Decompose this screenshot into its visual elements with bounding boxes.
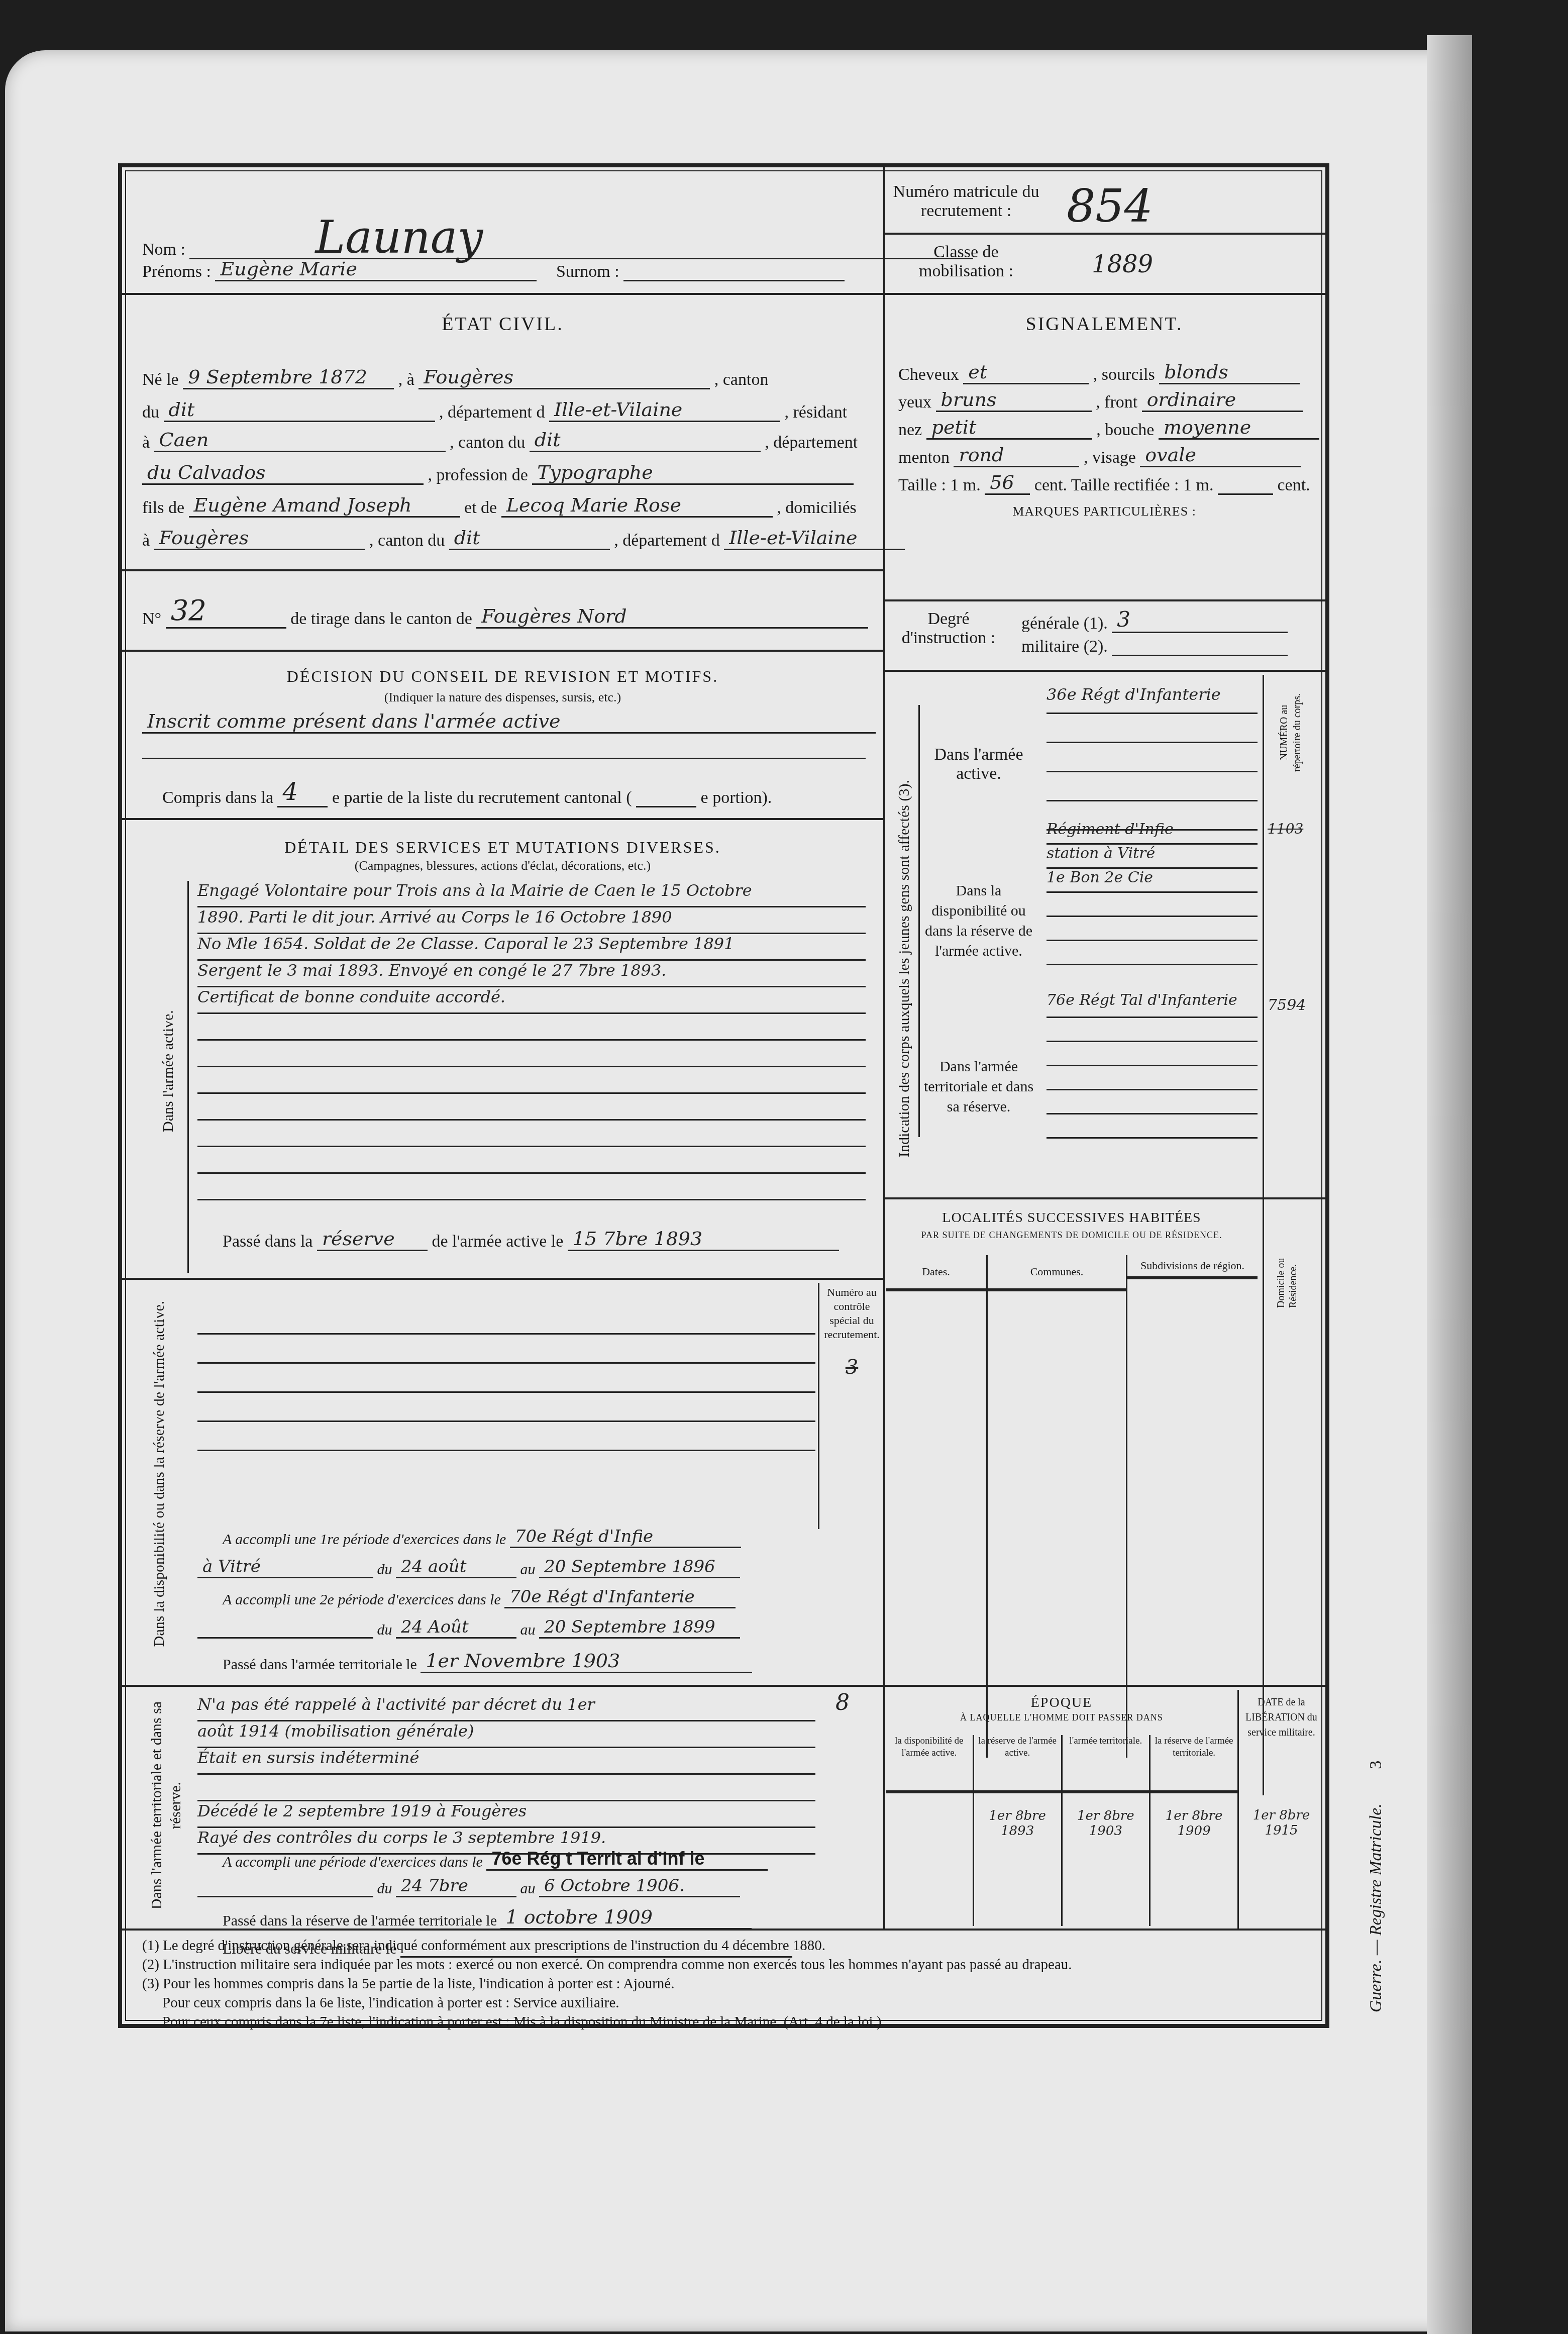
localites-col-domicile: Domicile ou Résidence. — [1275, 1228, 1299, 1308]
passe-reserve-date-field[interactable]: 15 7bre 1893 — [568, 1228, 839, 1251]
tirage-canton-field[interactable]: Fougères Nord — [476, 605, 868, 629]
menton-field[interactable]: rond — [954, 444, 1079, 467]
domicile-field[interactable]: Fougères — [154, 527, 365, 550]
corps-disponibilite-field[interactable]: station à Vitré — [1047, 845, 1258, 869]
corps-disponibilite-field[interactable]: Régiment d'Infie — [1047, 821, 1258, 845]
disponibilite-line[interactable] — [197, 1335, 815, 1364]
corps-territoriale-line[interactable] — [1047, 1066, 1258, 1090]
domicile-departement-field[interactable]: Ille-et-Vilaine — [724, 527, 905, 550]
localites-col-subdivisions: Subdivisions de région. — [1127, 1255, 1258, 1279]
decision-field[interactable]: Inscrit comme présent dans l'armée activ… — [142, 710, 876, 734]
register-footer: Guerre. — Registre Matricule. 3 — [1367, 1761, 1386, 2012]
nom-row: Nom : Launay — [142, 218, 973, 259]
service-line[interactable]: No Mle 1654. Soldat de 2e Classe. Capora… — [197, 934, 866, 961]
localites-subtitle: PAR SUITE DE CHANGEMENTS DE DOMICILE OU … — [886, 1230, 1258, 1241]
passe-territoriale-field[interactable]: 1er Novembre 1903 — [421, 1650, 752, 1673]
liberation-title: DATE de la LIBÉRATION du service militai… — [1240, 1695, 1323, 1740]
liberation-value[interactable]: 1er 8bre 1915 — [1240, 1808, 1323, 1838]
service-line[interactable] — [197, 1174, 866, 1200]
classe-value[interactable]: 1889 — [1092, 250, 1153, 278]
tirage-row: N° 32 de tirage dans le canton de Fougèr… — [142, 594, 868, 629]
disponibilite-line[interactable] — [197, 1305, 815, 1335]
localites-title: LOCALITÉS SUCCESSIVES HABITÉES — [886, 1210, 1258, 1226]
services-subtitle: (Campagnes, blessures, actions d'éclat, … — [122, 858, 883, 873]
corps-disponibilite-field[interactable]: 1e Bon 2e Cie — [1047, 869, 1258, 893]
corps-territoriale-field[interactable]: 76e Régt Tal d'Infanterie — [1047, 991, 1258, 1018]
localites-table: Dates. Communes. Subdivisions de région. — [886, 1255, 1258, 1758]
profession-field[interactable]: Typographe — [532, 461, 854, 485]
instruction-label: Degré d'instruction : — [891, 610, 1006, 648]
prenoms-field[interactable]: Eugène Marie — [215, 258, 537, 281]
service-line[interactable]: 1890. Parti le dit jour. Arrivé au Corps… — [197, 907, 866, 934]
epoque-value-territoriale[interactable]: 1er 8bre 1903 — [1063, 1793, 1149, 1839]
matricule-form: Nom : Launay Prénoms : Eugène Marie Surn… — [118, 163, 1329, 2028]
periode1-au-field[interactable]: 20 Septembre 1896 — [539, 1557, 740, 1578]
residence-field[interactable]: Caen — [154, 429, 446, 452]
canton-naissance-field[interactable]: dit — [164, 398, 435, 422]
mere-field[interactable]: Lecoq Marie Rose — [501, 494, 773, 518]
numero-controle-label: Numéro au contrôle spécial du recrutemen… — [820, 1285, 883, 1342]
service-line[interactable] — [197, 1067, 866, 1094]
disponibilite-line[interactable] — [197, 1364, 815, 1393]
service-line[interactable]: Sergent le 3 mai 1893. Envoyé en congé l… — [197, 961, 866, 987]
marques-label: MARQUES PARTICULIÈRES : — [883, 504, 1325, 519]
taille-field[interactable]: 56 — [985, 471, 1030, 495]
decision-subtitle: (Indiquer la nature des dispenses, sursi… — [122, 690, 883, 705]
footnote-3: (3) Pour les hommes compris dans la 5e p… — [142, 1974, 1308, 1993]
classe-label: Classe de mobilisation : — [891, 243, 1041, 281]
matricule-label: Numéro matricule du recrutement : — [891, 182, 1041, 221]
lieu-naissance-field[interactable]: Fougères — [419, 366, 710, 389]
bouche-field[interactable]: moyenne — [1159, 416, 1319, 440]
pere-field[interactable]: Eugène Amand Joseph — [189, 494, 460, 518]
page-number: 3 — [1367, 1761, 1385, 1769]
corps-disponibilite-line[interactable] — [1047, 893, 1258, 917]
epoque-value-reserve-territoriale[interactable]: 1er 8bre 1909 — [1151, 1793, 1237, 1839]
instruction-militaire-field[interactable] — [1112, 635, 1288, 656]
residence-canton-field[interactable]: dit — [530, 429, 761, 452]
partie-field[interactable]: 4 — [277, 778, 328, 807]
corps-territoriale-number: 7594 — [1268, 996, 1306, 1014]
matricule-value[interactable]: 854 — [1067, 180, 1153, 233]
nom-field[interactable]: Launay — [189, 218, 973, 259]
territoriale-periode-corps-field[interactable]: 76e Rég t Territ al d'Inf ie — [486, 1848, 768, 1871]
passe-reserve-field[interactable]: réserve — [317, 1228, 428, 1251]
visage-field[interactable]: ovale — [1140, 444, 1301, 467]
footnote-3c: Pour ceux compris dans la 7e liste, l'in… — [142, 2012, 1308, 2032]
yeux-field[interactable]: bruns — [936, 388, 1092, 412]
footnotes: (1) Le degré d'instruction générale sera… — [142, 1936, 1308, 2032]
territoriale-line[interactable] — [197, 1775, 815, 1801]
periode2-au-field[interactable]: 20 Septembre 1899 — [539, 1617, 740, 1639]
corps-active-line[interactable] — [1047, 714, 1258, 743]
disponibilite-vertical-label: Dans la disponibilité ou dans la réserve… — [150, 1298, 169, 1650]
sourcils-field[interactable]: blonds — [1159, 361, 1300, 384]
prenoms-row: Prénoms : Eugène Marie Surnom : — [142, 258, 845, 281]
corps-disponibilite-line[interactable] — [1047, 941, 1258, 965]
column-divider — [883, 167, 885, 1929]
instruction-generale-field[interactable]: 3 — [1112, 607, 1288, 633]
localites-col-dates: Dates. — [886, 1255, 986, 1291]
domicile-canton-field[interactable]: dit — [449, 527, 610, 550]
territoriale-periode-au-field[interactable]: 6 Octobre 1906. — [539, 1876, 740, 1897]
territoriale-line[interactable]: Décédé le 2 septembre 1919 à Fougères — [197, 1801, 815, 1828]
corps-disponibilite-number: 1103 — [1268, 821, 1303, 837]
disponibilite-line[interactable] — [197, 1393, 815, 1422]
service-line[interactable]: Certificat de bonne conduite accordé. — [197, 987, 866, 1014]
territoriale-line[interactable]: août 1914 (mobilisation générale) — [197, 1721, 815, 1748]
service-line[interactable] — [197, 1121, 866, 1147]
service-line[interactable] — [197, 1094, 866, 1121]
corps-territoriale-line[interactable] — [1047, 1114, 1258, 1139]
footnote-3b: Pour ceux compris dans la 6e liste, l'in… — [142, 1993, 1308, 2012]
corps-territoriale-line[interactable] — [1047, 1018, 1258, 1042]
portion-field[interactable] — [636, 786, 696, 807]
epoque-value-disponibilite[interactable] — [886, 1793, 973, 1808]
corps-territoriale-line[interactable] — [1047, 1042, 1258, 1066]
corps-active-line[interactable] — [1047, 743, 1258, 772]
periode1-du-field[interactable]: 24 août — [396, 1557, 516, 1578]
signalement-title: SIGNALEMENT. — [883, 313, 1325, 335]
footnote-2: (2) L'instruction militaire sera indiqué… — [142, 1955, 1308, 1974]
epoque-subtitle: À LAQUELLE L'HOMME DOIT PASSER DANS — [886, 1712, 1237, 1723]
services-lines: Engagé Volontaire pour Trois ans à la Ma… — [197, 881, 866, 1200]
etat-civil-title: ÉTAT CIVIL. — [122, 313, 883, 335]
nez-field[interactable]: petit — [926, 416, 1092, 440]
numero-controle-value[interactable]: 3 — [820, 1356, 883, 1379]
footnote-1: (1) Le degré d'instruction générale sera… — [142, 1936, 1308, 1955]
corps-territoriale-label: Dans l'armée territoriale et dans sa rés… — [921, 1057, 1036, 1117]
corps-active-field[interactable]: 36e Régt d'Infanterie — [1047, 685, 1258, 714]
periode2-lieu-field[interactable] — [197, 1617, 373, 1639]
territoriale-periode-lieu-field[interactable] — [197, 1876, 373, 1897]
services-title: DÉTAIL DES SERVICES ET MUTATIONS DIVERSE… — [122, 838, 883, 857]
periode2-corps-field[interactable]: 70e Régt d'Infanterie — [504, 1587, 736, 1608]
residence-departement-field[interactable]: du Calvados — [142, 461, 424, 485]
territoriale-line[interactable]: N'a pas été rappelé à l'activité par déc… — [197, 1695, 815, 1721]
front-field[interactable]: ordinaire — [1142, 388, 1303, 412]
numero-repertoire-label: NUMÉRO au répertoire du corps. — [1278, 687, 1304, 778]
territoriale-line[interactable]: Était en sursis indéterminé — [197, 1748, 815, 1775]
territoriale-vertical-label: Dans l'armée territoriale et dans sa rés… — [147, 1690, 185, 1921]
epoque-title: ÉPOQUE — [886, 1695, 1237, 1711]
corps-disponibilite-label: Dans la disponibilité ou dans la réserve… — [921, 881, 1036, 961]
service-line[interactable]: Engagé Volontaire pour Trois ans à la Ma… — [197, 881, 866, 907]
service-line[interactable] — [197, 1014, 866, 1041]
epoque-col-disponibilite: la disponibilité de l'armée active. — [886, 1735, 973, 1793]
periode1-corps-field[interactable]: 70e Régt d'Infie — [510, 1527, 741, 1548]
service-line[interactable] — [197, 1041, 866, 1067]
cheveux-field[interactable]: et — [963, 361, 1089, 384]
page-edge — [1427, 35, 1472, 2334]
taille-rectifiee-field[interactable] — [1218, 473, 1273, 495]
corps-active-label: Dans l'armée active. — [921, 745, 1036, 783]
services-vertical-label: Dans l'armée active. — [160, 1010, 177, 1132]
decision-title: DÉCISION DU CONSEIL DE REVISION ET MOTIF… — [122, 667, 883, 686]
epoque-col-reserve-active: la réserve de l'armée active. — [974, 1735, 1061, 1793]
epoque-value-reserve-active[interactable]: 1er 8bre 1893 — [974, 1793, 1061, 1839]
disponibilite-line[interactable] — [197, 1422, 815, 1451]
periode2-du-field[interactable]: 24 Août — [396, 1617, 516, 1639]
epoque-table: la disponibilité de l'armée active. la r… — [886, 1735, 1237, 1926]
territoriale-periode-du-field[interactable]: 24 7bre — [396, 1876, 516, 1897]
corps-territoriale-line[interactable] — [1047, 1090, 1258, 1114]
departement-naissance-field[interactable]: Ille-et-Vilaine — [549, 398, 780, 422]
tirage-number-field[interactable]: 32 — [166, 594, 286, 629]
epoque-col-reserve-territoriale: la réserve de l'armée territoriale. — [1151, 1735, 1237, 1793]
localites-col-communes: Communes. — [988, 1255, 1126, 1291]
service-line[interactable] — [197, 1147, 866, 1174]
periode1-lieu-field[interactable]: à Vitré — [197, 1557, 373, 1578]
corps-vertical-label: Indication des corps auxquels les jeunes… — [896, 780, 913, 1157]
epoque-col-territoriale: l'armée territoriale. — [1063, 1735, 1149, 1793]
corps-disponibilite-line[interactable] — [1047, 917, 1258, 941]
territoriale-margin-number: 8 — [835, 1690, 850, 1715]
surnom-field[interactable] — [623, 260, 845, 281]
date-naissance-field[interactable]: 9 Septembre 1872 — [183, 366, 394, 389]
territoriale-passe-reserve-field[interactable]: 1 octobre 1909 — [500, 1906, 752, 1930]
corps-active-line[interactable] — [1047, 772, 1258, 801]
